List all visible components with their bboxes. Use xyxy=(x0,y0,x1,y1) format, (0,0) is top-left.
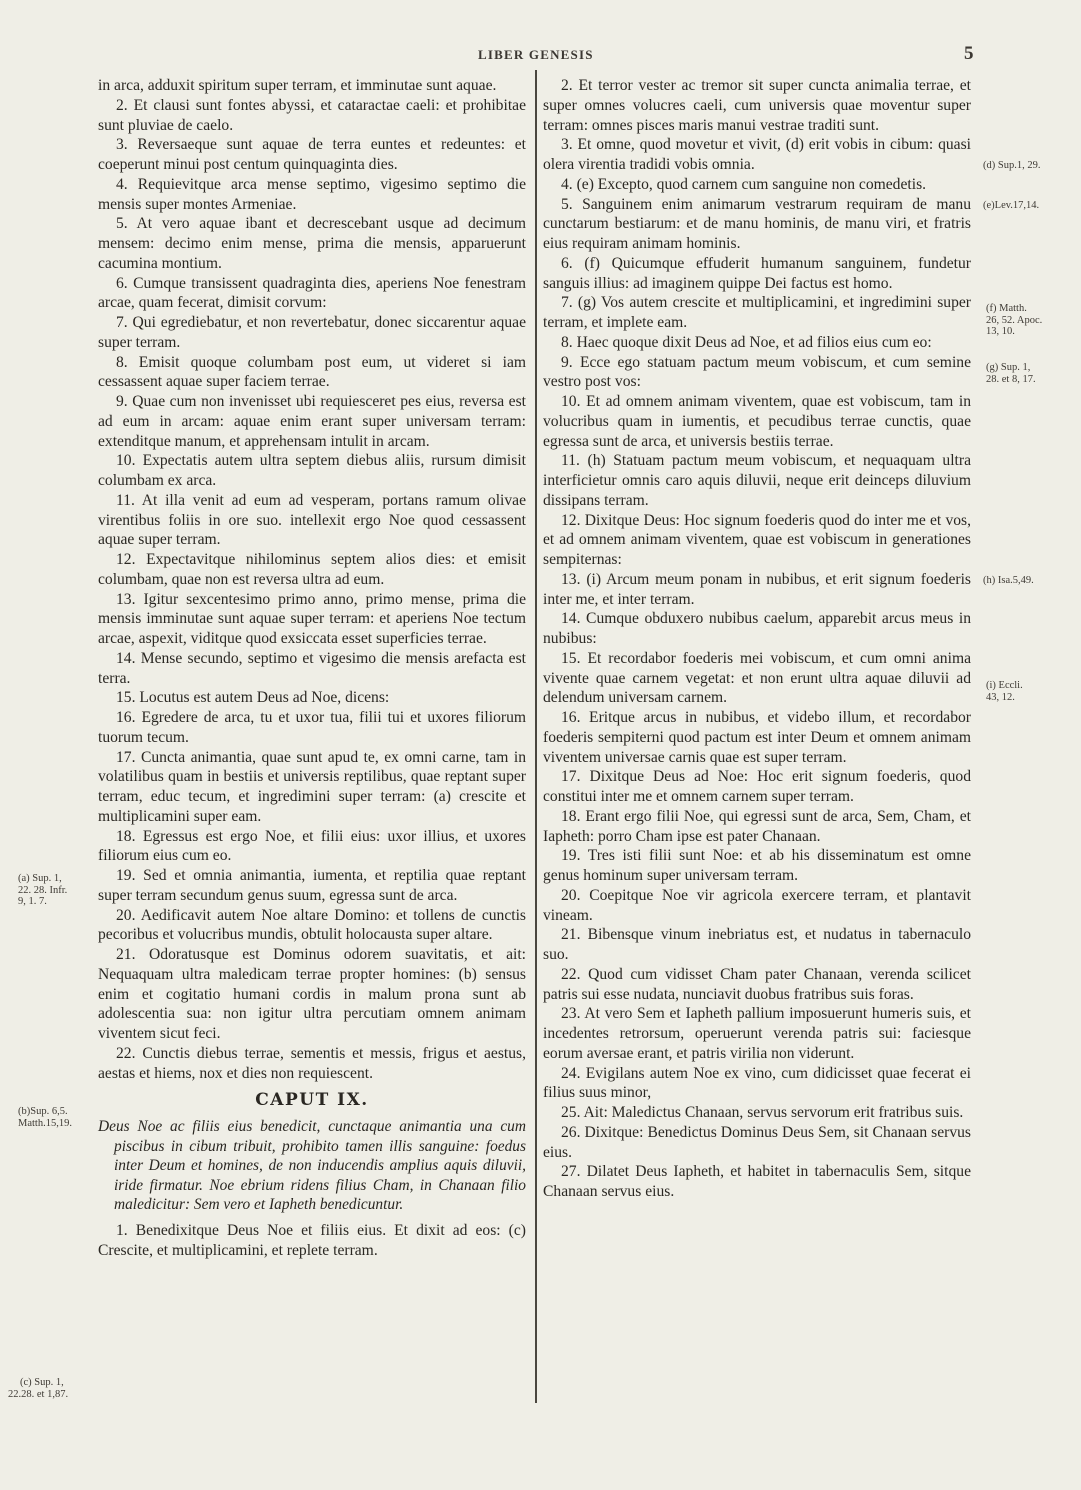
verse-ch9-1: 1. Benedixitque Deus Noe et filiis eius.… xyxy=(98,1221,526,1261)
verse-ch8-13: 13. Igitur sexcentesimo primo anno, prim… xyxy=(98,590,526,649)
verse-ch9-16: 16. Eritque arcus in nubibus, et videbo … xyxy=(543,708,971,767)
column-divider xyxy=(535,70,537,1403)
verse-ch9-13: 13. (i) Arcum meum ponam in nubibus, et … xyxy=(543,570,971,610)
margin-note-c: (c) Sup. 1, 22.28. et 1,87. xyxy=(8,1377,68,1400)
verse-ch8-14: 14. Mense secundo, septimo et vigesimo d… xyxy=(98,649,526,689)
margin-note-d: (d) Sup.1, 29. xyxy=(983,160,1040,172)
verse-ch9-15: 15. Et recordabor foederis mei vobiscum,… xyxy=(543,649,971,708)
margin-note-g: (g) Sup. 1, 28. et 8, 17. xyxy=(986,362,1036,385)
margin-note-b: (b)Sup. 6,5. Matth.15,19. xyxy=(18,1106,72,1129)
verse-ch9-23: 23. At vero Sem et Iapheth pallium impos… xyxy=(543,1004,971,1063)
page-header: LIBER GENESIS 5 xyxy=(0,47,1081,67)
verse-ch9-14: 14. Cumque obduxero nubibus caelum, appa… xyxy=(543,609,971,649)
margin-note-f: (f) Matth. 26, 52. Apoc. 13, 10. xyxy=(986,303,1042,338)
chapter-summary: Deus Noe ac filiis eius benedicit, cunct… xyxy=(98,1117,526,1215)
verse-ch8-5: 5. At vero aquae ibant et decrescebant u… xyxy=(98,214,526,273)
verse-ch8-6: 6. Cumque transissent quadraginta dies, … xyxy=(98,274,526,314)
verse-ch8-20: 20. Aedificavit autem Noe altare Domino:… xyxy=(98,906,526,946)
verse-ch8-1-continued: in arca, adduxit spiritum super terram, … xyxy=(98,76,526,96)
verse-ch9-24: 24. Evigilans autem Noe ex vino, cum did… xyxy=(543,1064,971,1104)
verse-ch8-7: 7. Qui egrediebatur, et non revertebatur… xyxy=(98,313,526,353)
chapter-heading: CAPUT IX. xyxy=(98,1091,526,1111)
verse-ch9-19: 19. Tres isti filii sunt Noe: et ab his … xyxy=(543,846,971,886)
verse-ch9-8: 8. Haec quoque dixit Deus ad Noe, et ad … xyxy=(543,333,971,353)
verse-ch8-2: 2. Et clausi sunt fontes abyssi, et cata… xyxy=(98,96,526,136)
verse-ch8-4: 4. Requievitque arca mense septimo, vige… xyxy=(98,175,526,215)
verse-ch8-16: 16. Egredere de arca, tu et uxor tua, fi… xyxy=(98,708,526,748)
running-title: LIBER GENESIS xyxy=(478,47,594,63)
verse-ch9-3: 3. Et omne, quod movetur et vivit, (d) e… xyxy=(543,135,971,175)
margin-note-i: (i) Eccli. 43, 12. xyxy=(986,680,1023,703)
verse-ch8-15: 15. Locutus est autem Deus ad Noe, dicen… xyxy=(98,688,526,708)
verse-ch9-5: 5. Sanguinem enim animarum vestrarum req… xyxy=(543,195,971,254)
verse-ch9-26: 26. Dixitque: Benedictus Dominus Deus Se… xyxy=(543,1123,971,1163)
verse-ch9-27: 27. Dilatet Deus Iapheth, et habitet in … xyxy=(543,1162,971,1202)
margin-note-h: (h) Isa.5,49. xyxy=(983,575,1034,587)
margin-note-e: (e)Lev.17,14. xyxy=(983,200,1039,212)
verse-ch8-9: 9. Quae cum non invenisset ubi requiesce… xyxy=(98,392,526,451)
verse-ch8-10: 10. Expectatis autem ultra septem diebus… xyxy=(98,451,526,491)
verse-ch9-22: 22. Quod cum vidisset Cham pater Chanaan… xyxy=(543,965,971,1005)
verse-ch9-17: 17. Dixitque Deus ad Noe: Hoc erit signu… xyxy=(543,767,971,807)
right-column: 2. Et terror vester ac tremor sit super … xyxy=(543,76,971,1202)
verse-ch9-10: 10. Et ad omnem animam viventem, quae es… xyxy=(543,392,971,451)
verse-ch9-21: 21. Bibensque vinum inebriatus est, et n… xyxy=(543,925,971,965)
verse-ch8-3: 3. Reversaeque sunt aquae de terra eunte… xyxy=(98,135,526,175)
verse-ch9-7: 7. (g) Vos autem crescite et multiplicam… xyxy=(543,293,971,333)
verse-ch9-4: 4. (e) Excepto, quod carnem cum sanguine… xyxy=(543,175,971,195)
verse-ch8-8: 8. Emisit quoque columbam post eum, ut v… xyxy=(98,353,526,393)
page-number: 5 xyxy=(964,43,974,65)
left-column: in arca, adduxit spiritum super terram, … xyxy=(98,76,526,1260)
verse-ch8-17: 17. Cuncta animantia, quae sunt apud te,… xyxy=(98,748,526,827)
verse-ch9-2: 2. Et terror vester ac tremor sit super … xyxy=(543,76,971,135)
verse-ch8-19: 19. Sed et omnia animantia, iumenta, et … xyxy=(98,866,526,906)
verse-ch9-18: 18. Erant ergo filii Noe, qui egressi su… xyxy=(543,807,971,847)
verse-ch8-12: 12. Expectavitque nihilominus septem ali… xyxy=(98,550,526,590)
verse-ch9-6: 6. (f) Quicumque effuderit humanum sangu… xyxy=(543,254,971,294)
verse-ch9-25: 25. Ait: Maledictus Chanaan, servus serv… xyxy=(543,1103,971,1123)
verse-ch8-21: 21. Odoratusque est Dominus odorem suavi… xyxy=(98,945,526,1044)
verse-ch9-11: 11. (h) Statuam pactum meum vobiscum, et… xyxy=(543,451,971,510)
verse-ch9-12: 12. Dixitque Deus: Hoc signum foederis q… xyxy=(543,511,971,570)
margin-note-a: (a) Sup. 1, 22. 28. Infr. 9, 1. 7. xyxy=(18,873,67,908)
verse-ch8-11: 11. At illa venit ad eum ad vesperam, po… xyxy=(98,491,526,550)
verse-ch8-18: 18. Egressus est ergo Noe, et filii eius… xyxy=(98,827,526,867)
verse-ch8-22: 22. Cunctis diebus terrae, sementis et m… xyxy=(98,1044,526,1084)
verse-ch9-20: 20. Coepitque Noe vir agricola exercere … xyxy=(543,886,971,926)
verse-ch9-9: 9. Ecce ego statuam pactum meum vobiscum… xyxy=(543,353,971,393)
